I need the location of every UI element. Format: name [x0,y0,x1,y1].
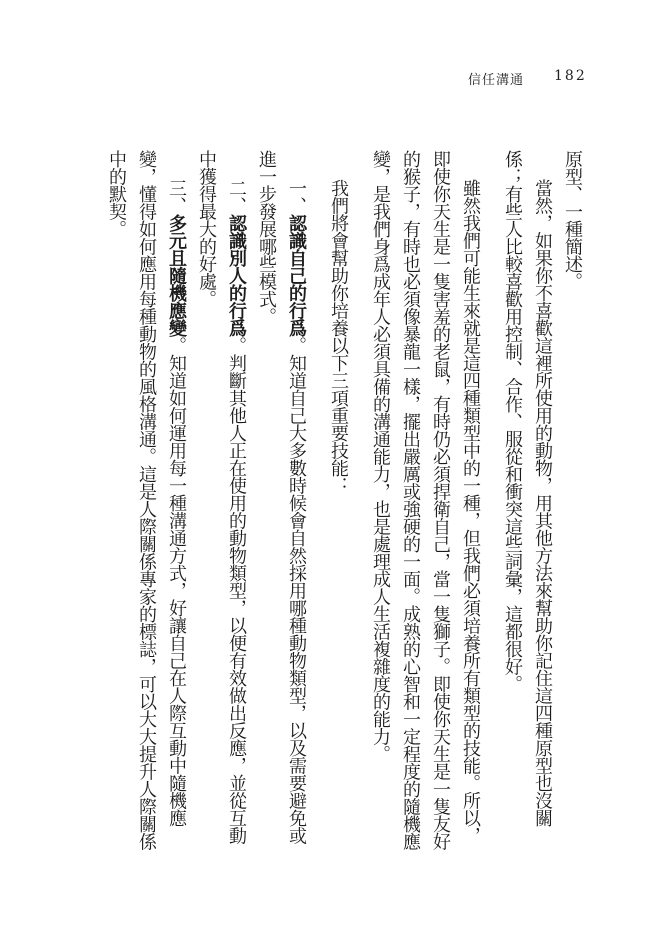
text-run: 的猴子，有時也必須像暴龍一樣，擺出嚴厲或強硬的一面。成熟的心智和一定程度的隨機應 [400,150,421,850]
bold-text-run: 多元且隨機應變 [166,214,187,337]
text-run: 即使你天生是一隻害羞的老鼠，有時仍必須捍衛自己，當一隻獅子。即使你天生是一隻友好 [430,150,451,850]
text-column: 即使你天生是一隻害羞的老鼠，有時仍必須捍衛自己，當一隻獅子。即使你天生是一隻友好 [425,150,455,868]
text-run: 變，懂得如何應用每種動物的風格溝通。這是人際關係專家的標誌，可以大大提升人際關係 [136,150,157,850]
text-column: 變，是我們身爲成年人必須具備的溝通能力，也是處理成人生活複雜度的能力。 [365,150,395,868]
bold-text-run: 認識別人的行爲 [226,214,247,337]
text-run: 。判斷其他人正在使用的動物類型，以便有效做出反應，並從互動 [226,337,247,845]
text-run: 雖然我們可能生來就是這四種類型中的一種，但我們必須培養所有類型的技能。所以， [460,179,481,844]
text-column: 二、認識別人的行爲。判斷其他人正在使用的動物類型，以便有效做出反應，並從互動 [221,150,251,868]
text-run: 我們將會幫助你培養以下三項重要技能： [328,179,349,494]
text-column: 中獲得最大的好處。 [191,150,221,868]
text-column: 原型、一種簡述。 [557,150,587,868]
text-run: 當然，如果你不喜歡這裡所使用的動物，用其他方法來幫助你記住這四種原型也沒關 [532,179,553,827]
text-run: 。知道自己大多數時候會自然採用哪種動物類型，以及需要避免或 [286,337,307,845]
text-run: 進一步發展哪些模式。 [256,150,277,325]
text-column: 中的默契。 [101,150,131,868]
text-column: 我們將會幫助你培養以下三項重要技能： [323,150,353,868]
text-run: 中的默契。 [106,150,127,238]
text-run: 係；有些人比較喜歡用控制、合作、服從和衝突這些詞彙，這都很好。 [502,150,523,693]
text-run: 一、 [286,179,307,214]
text-run: 中獲得最大的好處。 [196,150,217,308]
text-column: 變，懂得如何應用每種動物的風格溝通。這是人際關係專家的標誌，可以大大提升人際關係 [131,150,161,868]
text-column: 進一步發展哪些模式。 [251,150,281,868]
text-run: 變，是我們身爲成年人必須具備的溝通能力，也是處理成人生活複雜度的能力。 [370,150,391,763]
page-number: 182 [554,68,587,84]
text-column: 一、認識自己的行爲。知道自己大多數時候會自然採用哪種動物類型，以及需要避免或 [281,150,311,868]
text-column: 的猴子，有時也必須像暴龍一樣，擺出嚴厲或強硬的一面。成熟的心智和一定程度的隨機應 [395,150,425,868]
page-body: 原型、一種簡述。當然，如果你不喜歡這裡所使用的動物，用其他方法來幫助你記住這四種… [101,150,587,868]
text-column: 雖然我們可能生來就是這四種類型中的一種，但我們必須培養所有類型的技能。所以， [455,150,485,868]
text-column: 當然，如果你不喜歡這裡所使用的動物，用其他方法來幫助你記住這四種原型也沒關 [527,150,557,868]
text-run: 二、 [226,179,247,214]
text-run: 原型、一種簡述。 [562,150,583,290]
text-run: 。知道如何運用每一種溝通方式，好讓自己在人際互動中隨機應 [166,337,187,827]
text-column: 係；有些人比較喜歡用控制、合作、服從和衝突這些詞彙，這都很好。 [497,150,527,868]
bold-text-run: 認識自己的行爲 [286,214,307,337]
book-page: 信任溝通 182 原型、一種簡述。當然，如果你不喜歡這裡所使用的動物，用其他方法… [0,0,663,932]
text-run: 三、 [166,179,187,214]
text-column: 三、多元且隨機應變。知道如何運用每一種溝通方式，好讓自己在人際互動中隨機應 [161,150,191,868]
running-head-title: 信任溝通 [468,69,524,88]
